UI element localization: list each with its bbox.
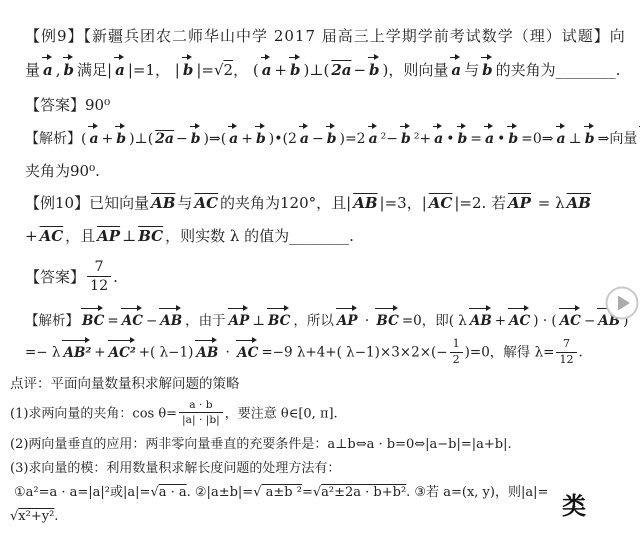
example10-statement-cont: +AC，且AP⊥BC，则实数 λ 的值为________. <box>25 225 354 247</box>
example10-heading: 【例10】已知向量AB与AC的夹角为120°，且|AB|=3，|AC|=2. 若… <box>25 192 593 214</box>
example9-analysis-line2: 夹角为90⁰. <box>25 160 100 182</box>
document-page: { "colors": { "text": "#202020", "play_c… <box>0 0 640 533</box>
strategy-item-2: (2)两向量垂直的应用：两非零向量垂直的充要条件是：a⊥b⇔a · b=0⇔|a… <box>10 435 512 455</box>
example9-answer: 【答案】90⁰ <box>25 94 110 116</box>
example10-analysis-line2: =− λAB²+AC²+( λ−1)AB · AC=−9 λ+4+( λ−1)×… <box>25 339 583 367</box>
example10-analysis-line1: 【解析】BC=AC−AB，由于AP⊥BC，所以AP · BC=0，即( λAB+… <box>25 309 628 332</box>
play-icon[interactable] <box>605 286 639 320</box>
example9-heading: 【例9】【新疆兵团农二师华山中学 2017 届高三上学期学前考试数学（理）试题】… <box>25 25 626 47</box>
strategy-item-3: (3)求向量的模：利用数量积求解长度问题的处理方法有： <box>10 459 340 479</box>
strategy-item-1: (1)求两向量的夹角：cos θ=a · b|a| · |b|，要注意 θ∈[0… <box>10 400 338 428</box>
method-items: ①a²=a · a=|a|²或|a|=√a · a. ②|a±b|=√ a±b … <box>14 483 548 503</box>
example9-analysis-line1: 【解析】(a+b)⊥(2a−b)⇒(a+b)•(2a−b)=2a²−b²+a•b… <box>25 127 640 150</box>
side-text: 类 <box>562 492 586 520</box>
method-items-cont: √x²+y². <box>10 507 58 527</box>
example10-answer: 【答案】712. <box>25 260 118 296</box>
play-icon-graphic <box>605 286 639 320</box>
comment-title: 点评：平面向量数量积求解问题的策略 <box>10 374 240 394</box>
example9-statement: 量a,b满足|a|=1， |b|=√2， (a+b)⊥(2a−b)，则向量a与b… <box>25 58 620 81</box>
